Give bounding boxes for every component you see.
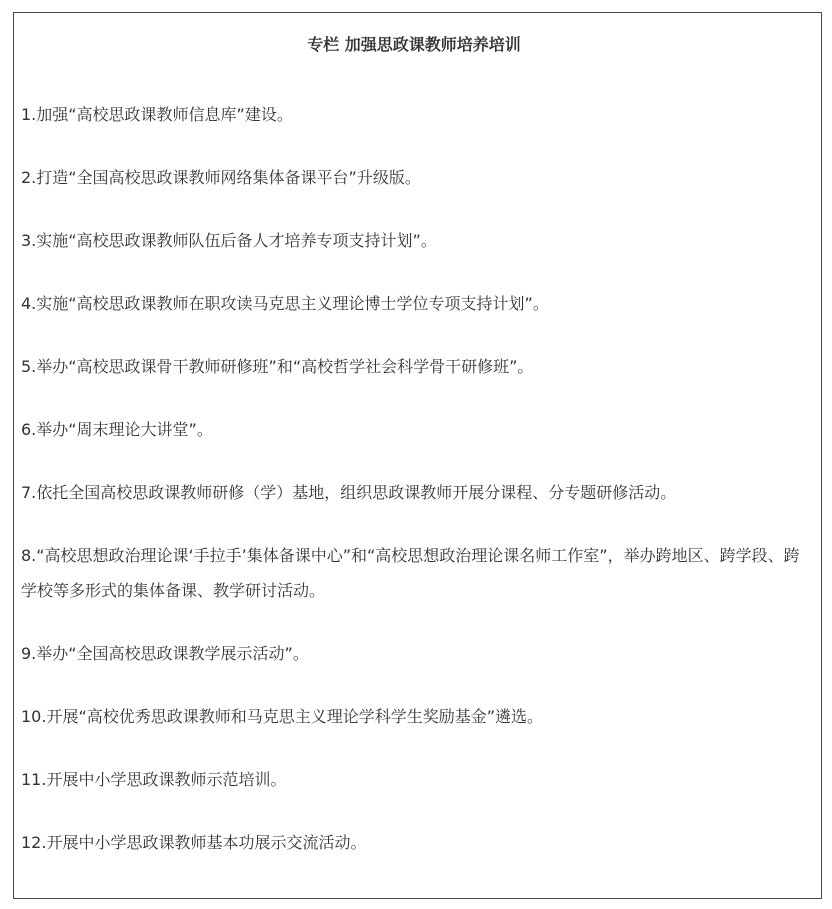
column-item: 1.加强“高校思政课教师信息库”建设。 <box>21 97 807 132</box>
document-page: 专栏 加强思政课教师培养培训 1.加强“高校思政课教师信息库”建设。2.打造“全… <box>0 0 832 909</box>
column-title: 专栏 加强思政课教师培养培训 <box>21 33 807 57</box>
column-item: 11.开展中小学思政课教师示范培训。 <box>21 762 807 797</box>
column-item: 7.依托全国高校思政课教师研修（学）基地，组织思政课教师开展分课程、分专题研修活… <box>21 475 807 510</box>
column-item: 9.举办“全国高校思政课教学展示活动”。 <box>21 636 807 671</box>
column-item: 8.“高校思想政治理论课‘手拉手’集体备课中心”和“高校思想政治理论课名师工作室… <box>21 538 807 608</box>
column-item: 5.举办“高校思政课骨干教师研修班”和“高校哲学社会科学骨干研修班”。 <box>21 349 807 384</box>
column-item: 6.举办“周末理论大讲堂”。 <box>21 412 807 447</box>
column-item: 4.实施“高校思政课教师在职攻读马克思主义理论博士学位专项支持计划”。 <box>21 286 807 321</box>
column-item: 2.打造“全国高校思政课教师网络集体备课平台”升级版。 <box>21 160 807 195</box>
column-item: 3.实施“高校思政课教师队伍后备人才培养专项支持计划”。 <box>21 223 807 258</box>
column-item-list: 1.加强“高校思政课教师信息库”建设。2.打造“全国高校思政课教师网络集体备课平… <box>21 97 807 860</box>
column-item: 10.开展“高校优秀思政课教师和马克思主义理论学科学生奖励基金”遴选。 <box>21 699 807 734</box>
column-item: 12.开展中小学思政课教师基本功展示交流活动。 <box>21 825 807 860</box>
special-column-box: 专栏 加强思政课教师培养培训 1.加强“高校思政课教师信息库”建设。2.打造“全… <box>13 12 822 899</box>
